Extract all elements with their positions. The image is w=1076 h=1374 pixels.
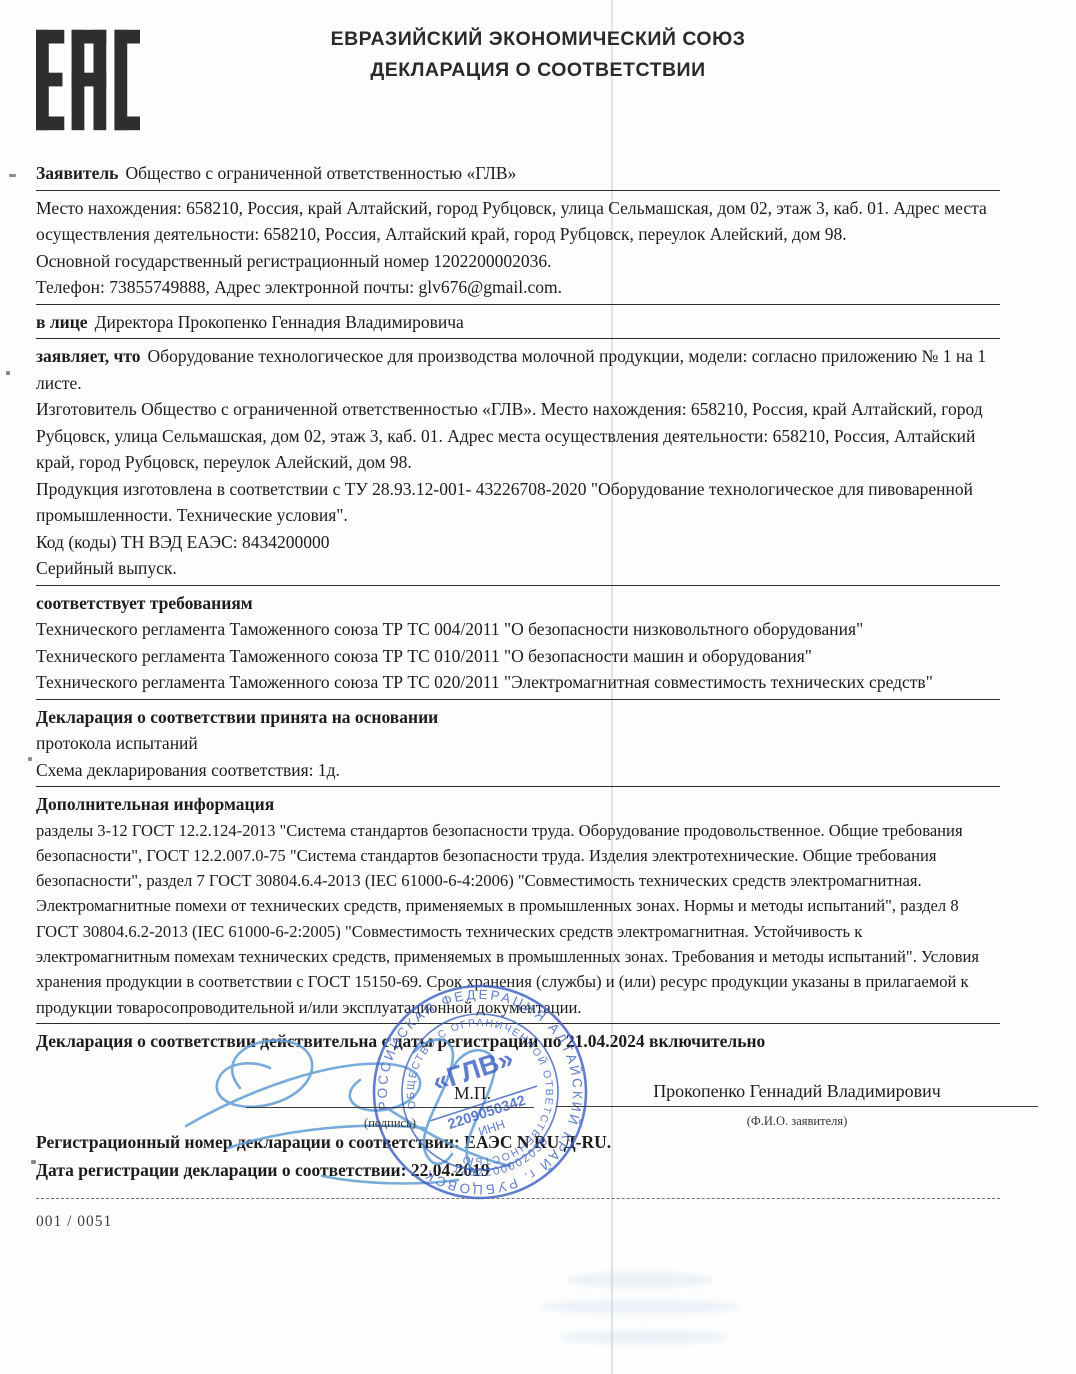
header-title-line2: ДЕКЛАРАЦИЯ О СООТВЕТСТВИИ	[0, 55, 1076, 86]
header-title-line1: ЕВРАЗИЙСКИЙ ЭКОНОМИЧЕСКИЙ СОЮЗ	[0, 24, 1076, 55]
declarant-name: Прокопенко Геннадий Владимирович	[556, 1078, 1038, 1104]
declarant-name-caption: (Ф.И.О. заявителя)	[556, 1108, 1038, 1135]
declares-row: заявляет, чтоОборудование технологическо…	[36, 343, 1000, 396]
stamp-place-label: М.П.	[454, 1080, 491, 1107]
scan-speck	[6, 371, 10, 375]
signature-block: РОССИЙСКАЯ ФЕДЕРАЦИЯ АЛТАЙСКИЙ КРАЙ г. Р…	[36, 1054, 1000, 1128]
signature-line	[246, 1107, 534, 1108]
divider	[36, 699, 1000, 700]
divider	[36, 190, 1000, 191]
declarant-name-block: Прокопенко Геннадий Владимирович (Ф.И.О.…	[556, 1078, 1038, 1135]
address-ogrn: Основной государственный регистрационный…	[36, 248, 1000, 275]
basis-scheme: Схема декларирования соответствия: 1д.	[36, 757, 1000, 784]
document-header: ЕВРАЗИЙСКИЙ ЭКОНОМИЧЕСКИЙ СОЮЗ ДЕКЛАРАЦИ…	[0, 24, 1076, 86]
footer-divider	[36, 1198, 1000, 1199]
basis-heading: Декларация о соответствии принята на осн…	[36, 704, 1000, 731]
applicant-row: ЗаявительОбщество с ограниченной ответст…	[36, 160, 1000, 187]
declares-product: Оборудование технологическое для произво…	[36, 346, 986, 393]
applicant-value: Общество с ограниченной ответственностью…	[125, 163, 516, 183]
divider	[36, 585, 1000, 586]
person-label: в лице	[36, 312, 88, 332]
scan-speck	[28, 757, 32, 761]
serial-issue: Серийный выпуск.	[36, 555, 1000, 582]
regulation-item: Технического регламента Таможенного союз…	[36, 669, 1000, 696]
tnved-code: Код (коды) ТН ВЭД ЕАЭС: 8434200000	[36, 529, 1000, 556]
page-number: 001 / 0051	[36, 1209, 1000, 1236]
declarant-name-line	[556, 1106, 1038, 1107]
additional-heading: Дополнительная информация	[36, 791, 1000, 818]
declaration-document: ЕВРАЗИЙСКИЙ ЭКОНОМИЧЕСКИЙ СОЮЗ ДЕКЛАРАЦИ…	[0, 0, 1076, 1374]
divider	[36, 338, 1000, 339]
declares-label: заявляет, что	[36, 346, 141, 366]
divider	[36, 786, 1000, 787]
regulation-item: Технического регламента Таможенного союз…	[36, 616, 1000, 643]
manufacturer-text: Изготовитель Общество с ограниченной отв…	[36, 396, 1000, 476]
scan-speck	[31, 1160, 36, 1164]
scan-speck	[9, 174, 16, 177]
scan-bleed-mark	[540, 1300, 740, 1314]
additional-text: разделы 3-12 ГОСТ 12.2.124-2013 "Система…	[36, 818, 1000, 1020]
divider	[36, 304, 1000, 305]
divider	[36, 1023, 1000, 1024]
address-phone: Телефон: 73855749888, Адрес электронной …	[36, 274, 1000, 301]
scan-bleed-mark	[565, 1272, 715, 1288]
validity-statement: Декларация о соответствии действительна …	[36, 1028, 1000, 1055]
applicant-label: Заявитель	[36, 163, 118, 183]
basis-protocol: протокола испытаний	[36, 730, 1000, 757]
address-location: Место нахождения: 658210, Россия, край А…	[36, 195, 1000, 248]
person-row: в лицеДиректора Прокопенко Геннадия Влад…	[36, 309, 1000, 336]
tu-text: Продукция изготовлена в соответствии с Т…	[36, 476, 1000, 529]
person-value: Директора Прокопенко Геннадия Владимиров…	[95, 312, 464, 332]
document-body: ЗаявительОбщество с ограниченной ответст…	[36, 160, 1000, 1236]
conformity-heading: соответствует требованиям	[36, 590, 1000, 617]
regulation-item: Технического регламента Таможенного союз…	[36, 643, 1000, 670]
signature-caption: (подпись)	[246, 1110, 534, 1137]
registration-date: Дата регистрации декларации о соответств…	[36, 1156, 1000, 1184]
scan-bleed-mark	[560, 1330, 730, 1344]
